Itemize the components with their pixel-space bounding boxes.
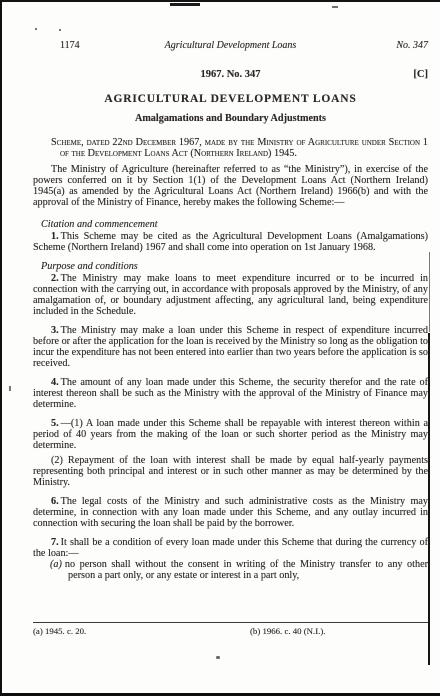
running-header: 1174 Agricultural Development Loans No. … xyxy=(33,40,428,52)
paragraph-text: The Ministry may make loans to meet expe… xyxy=(33,273,428,317)
sub-item-marker: (a) xyxy=(50,559,62,570)
paragraph-text: The legal costs of the Ministry and such… xyxy=(33,496,428,529)
paragraph-number: 1. xyxy=(51,231,59,242)
sub-item-a: (a)no person shall without the consent i… xyxy=(50,559,428,581)
scan-artifact-left-margin-mark xyxy=(9,386,11,391)
paragraph-1: 1.This Scheme may be cited as the Agricu… xyxy=(33,231,428,253)
scan-artifact-bottom-dot xyxy=(216,656,220,659)
paragraph-number: 2. xyxy=(51,273,59,284)
page-number: 1174 xyxy=(33,40,113,52)
sub-item-text: no person shall without the consent in w… xyxy=(65,559,428,581)
scan-artifact-right-edge-line xyxy=(428,333,430,665)
scan-artifact-right-edge-tick xyxy=(429,252,430,332)
scan-artifact-speck xyxy=(59,29,61,31)
paragraph-number: 4. xyxy=(51,377,59,388)
paragraph-2: 2.The Ministry may make loans to meet ex… xyxy=(33,273,428,317)
classification-tag: [C] xyxy=(413,69,428,81)
paragraph-3: 3.The Ministry may make a loan under thi… xyxy=(33,325,428,369)
enacting-text: The Ministry of Agriculture (hereinafter… xyxy=(33,164,428,208)
paragraph-text: The amount of any loan made under this S… xyxy=(33,377,428,410)
paragraph-text: (2) Repayment of the loan with interest … xyxy=(33,455,428,488)
paragraph-number: 3. xyxy=(51,325,59,336)
footnotes: (a) 1945. c. 20. (b) 1966. c. 40 (N.I.). xyxy=(33,622,428,638)
doc-title: AGRICULTURAL DEVELOPMENT LOANS xyxy=(33,93,428,106)
footnote-rule xyxy=(33,622,428,623)
footnote-a: (a) 1945. c. 20. xyxy=(33,626,86,636)
paragraph-6: 6.The legal costs of the Ministry and su… xyxy=(33,496,428,529)
running-number: No. 347 xyxy=(348,40,428,52)
heading-purpose-conditions: Purpose and conditions xyxy=(41,261,428,272)
scan-artifact-top-smudge xyxy=(170,3,200,6)
scanned-statute-page: 1174 Agricultural Development Loans No. … xyxy=(0,0,440,696)
paragraph-number: 7. xyxy=(51,537,59,548)
paragraph-7: 7.It shall be a condition of every loan … xyxy=(33,537,428,559)
paragraph-4: 4.The amount of any loan made under this… xyxy=(33,377,428,410)
footnote-b: (b) 1966. c. 40 (N.I.). xyxy=(250,626,326,636)
heading-citation-commencement: Citation and commencement xyxy=(41,219,428,230)
paragraph-number: 5. xyxy=(51,418,59,429)
paragraph-text: It shall be a condition of every loan ma… xyxy=(33,537,428,559)
paragraph-text: This Scheme may be cited as the Agricult… xyxy=(33,231,428,253)
paragraph-text: The Ministry may make a loan under this … xyxy=(33,325,428,369)
paragraph-5-1: 5.—(1) A loan made under this Scheme sha… xyxy=(33,418,428,451)
paragraph-number: 6. xyxy=(51,496,59,507)
scheme-caption: Scheme, dated 22nd December 1967, made b… xyxy=(51,137,428,159)
doc-subtitle: Amalgamations and Boundary Adjustments xyxy=(33,113,428,125)
paragraph-5-2: (2) Repayment of the loan with interest … xyxy=(33,455,428,488)
scan-artifact-speck xyxy=(35,28,37,30)
doc-number: 1967. No. 347 xyxy=(200,69,260,80)
scan-artifact-top-dot xyxy=(332,6,338,8)
paragraph-text: —(1) A loan made under this Scheme shall… xyxy=(33,418,428,451)
doc-number-row: 1967. No. 347 [C] xyxy=(33,69,428,81)
running-title: Agricultural Development Loans xyxy=(113,40,348,52)
